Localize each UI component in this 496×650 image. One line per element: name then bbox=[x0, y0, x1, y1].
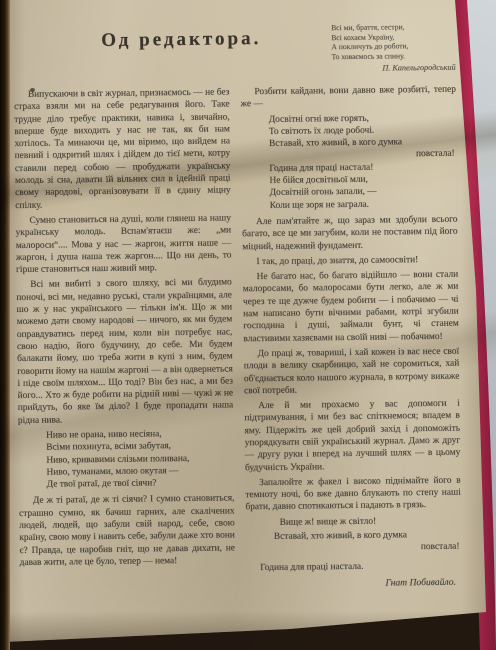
paragraph: Сумно становиться на душі, коли глянеш н… bbox=[15, 212, 231, 276]
paragraph: Розбити кайдани, вони давно вже розбиті,… bbox=[240, 84, 456, 111]
epigraph-line: То ховаємось за спину. bbox=[331, 50, 455, 61]
paragraph: І так, до праці, до знаття, до самоосвіт… bbox=[242, 253, 458, 268]
exclamation-line: Вище ж! вище ж світло! bbox=[280, 514, 462, 529]
verse-line: Коли ще зоря не заграла. bbox=[270, 197, 458, 212]
page-paper: Од редактора. Всі ми, браття, сестри, Вс… bbox=[0, 0, 496, 650]
paragraph: Але й ми прохаємо у вас допомоги і підтр… bbox=[244, 398, 460, 474]
article-header: Од редактора. Всі ми, браття, сестри, Вс… bbox=[13, 17, 456, 78]
verse: Вставай, хто живий, в кого думка повстал… bbox=[274, 529, 462, 556]
verse-line: Де твої ратаї, де твої сіячи? bbox=[47, 477, 235, 492]
paragraph: До праці ж, товариші, і хай кожен із вас… bbox=[244, 345, 460, 397]
paragraph: Година для праці настала. bbox=[246, 559, 462, 574]
binding-shadow bbox=[0, 0, 10, 650]
text-columns: Випускаючи в світ журнал, признаємось — … bbox=[14, 84, 462, 595]
author-signature: Гнат Побивайло. bbox=[246, 577, 462, 592]
paragraph: Не багато нас, бо багато відійшло — вони… bbox=[243, 269, 459, 345]
paragraph: Але пам'ятайте ж, що зараз ми здобули вс… bbox=[242, 214, 458, 254]
epigraph: Всі ми, браття, сестри, Всі кохаєм Украї… bbox=[331, 17, 456, 74]
epigraph-author: П. Капельгородський bbox=[332, 63, 456, 74]
paragraph: Запалюйте ж факел і високо піднімайте йо… bbox=[245, 474, 461, 514]
photo-background: Од редактора. Всі ми, браття, сестри, Вс… bbox=[0, 0, 496, 650]
verse: Досвітні огні вже горять, То світють їх … bbox=[269, 111, 458, 212]
paragraph: Де ж ті ратаї, де ж ті сіячи? І сумно ст… bbox=[19, 493, 235, 569]
column-left: Випускаючи в світ журнал, признаємось — … bbox=[14, 86, 236, 594]
verse-line: повстала! bbox=[274, 541, 462, 556]
verse: Ниво не орана, ниво несіяна, Всіми похин… bbox=[46, 427, 234, 491]
paragraph: Випускаючи в світ журнал, признаємось — … bbox=[14, 86, 231, 212]
column-right: Розбити кайдани, вони давно вже розбиті,… bbox=[240, 84, 462, 592]
article-title: Од редактора. bbox=[41, 27, 321, 52]
page-content: Од редактора. Всі ми, браття, сестри, Вс… bbox=[13, 17, 462, 595]
verse-line: повстала! bbox=[269, 148, 457, 163]
paragraph: Всі ми вибиті з свого шляху, всі ми блуд… bbox=[16, 277, 233, 427]
